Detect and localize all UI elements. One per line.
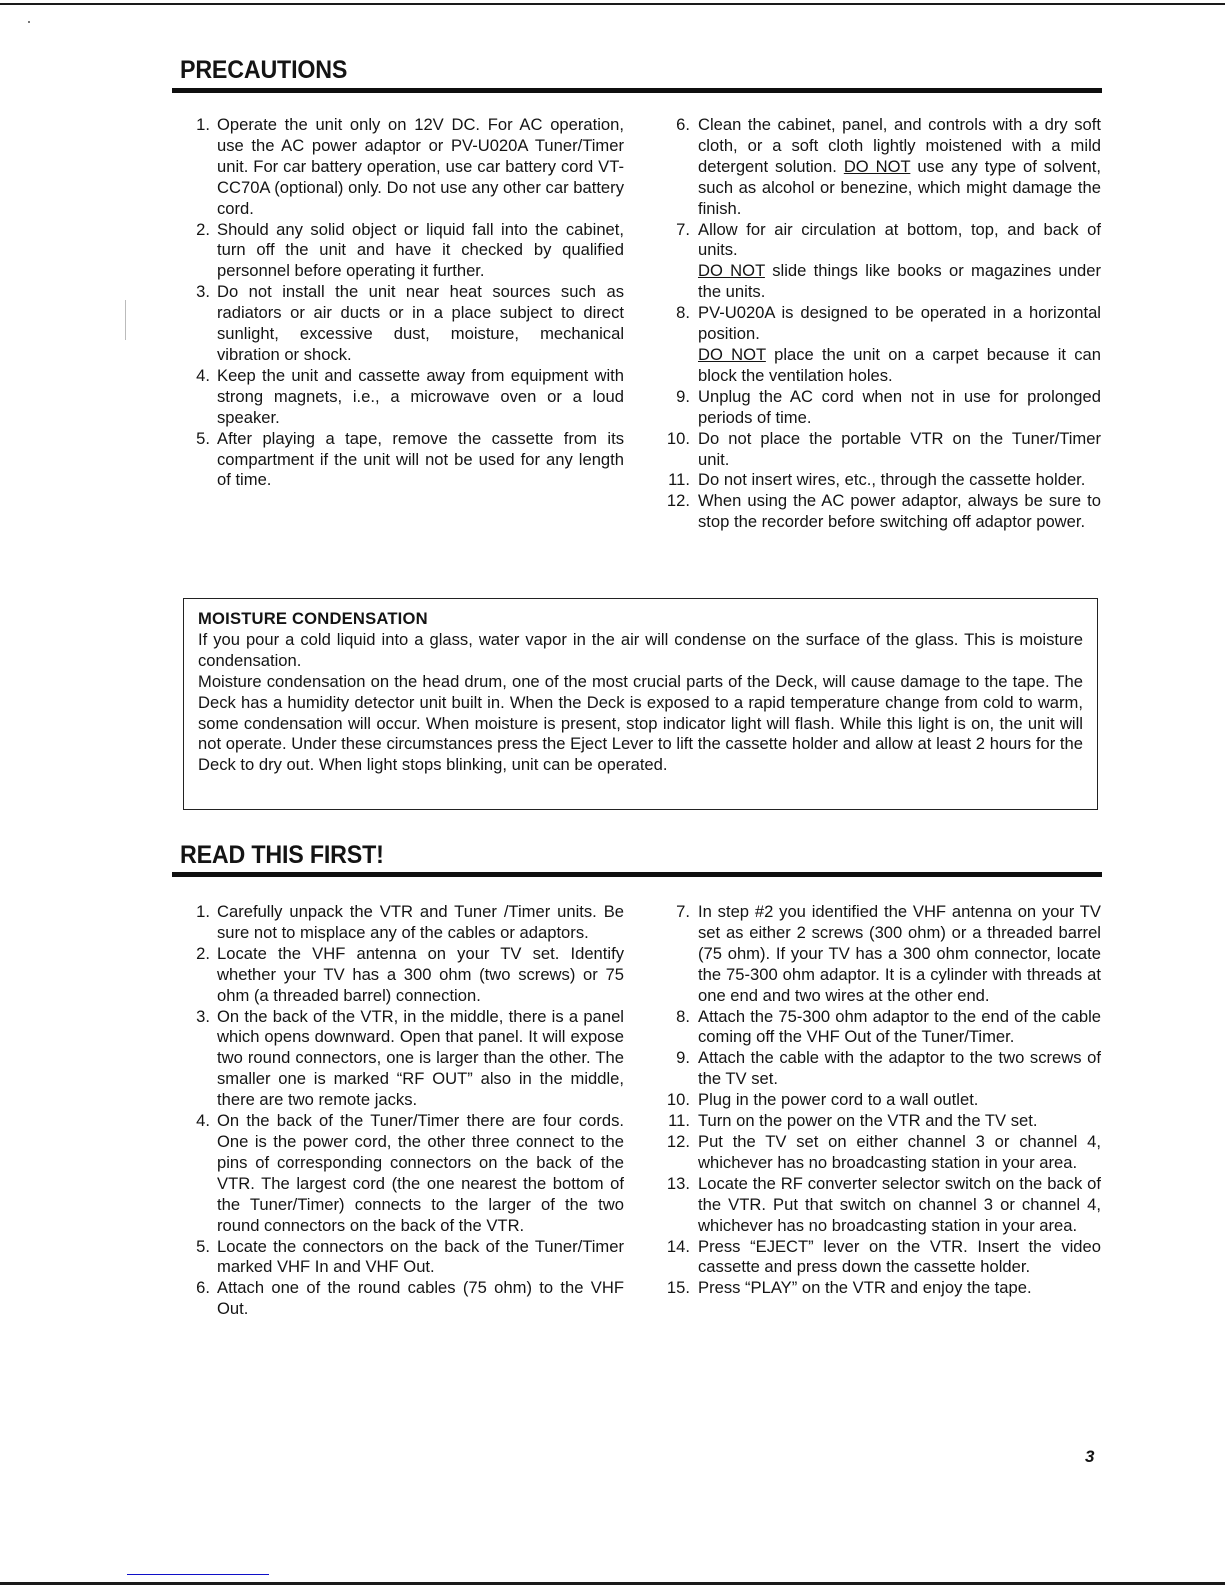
page-number: 3	[1085, 1447, 1094, 1467]
scan-speck	[28, 21, 30, 23]
do-not-emphasis: DO NOT	[698, 261, 765, 280]
moisture-heading: MOISTURE CONDENSATION	[198, 609, 1083, 630]
step-item: 5.Locate the connectors on the back of t…	[180, 1237, 624, 1279]
precaution-item: 6.Clean the cabinet, panel, and controls…	[660, 115, 1101, 220]
precaution-item: 2.Should any solid object or liquid fall…	[180, 220, 624, 283]
moisture-condensation-box: MOISTURE CONDENSATION If you pour a cold…	[183, 598, 1098, 810]
moisture-paragraph-1: If you pour a cold liquid into a glass, …	[198, 630, 1083, 672]
do-not-emphasis: DO NOT	[698, 345, 766, 364]
step-item: 4.On the back of the Tuner/Timer there a…	[180, 1111, 624, 1236]
precaution-item: 5.After playing a tape, remove the casse…	[180, 429, 624, 492]
scan-speck	[125, 300, 126, 340]
link-underline	[127, 1574, 269, 1575]
step-item: 13.Locate the RF converter selector swit…	[660, 1174, 1101, 1237]
do-not-emphasis: DO NOT	[844, 157, 911, 176]
precaution-item: 8.PV-U020A is designed to be operated in…	[660, 303, 1101, 387]
precautions-right-column: 6.Clean the cabinet, panel, and controls…	[660, 115, 1101, 533]
read-first-rule	[172, 872, 1102, 877]
precautions-rule	[172, 88, 1102, 93]
step-item: 10.Plug in the power cord to a wall outl…	[660, 1090, 1101, 1111]
precaution-item: 3.Do not install the unit near heat sour…	[180, 282, 624, 366]
step-item: 14.Press “EJECT” lever on the VTR. Inser…	[660, 1237, 1101, 1279]
step-item: 2.Locate the VHF antenna on your TV set.…	[180, 944, 624, 1007]
precaution-item: 10.Do not place the portable VTR on the …	[660, 429, 1101, 471]
step-item: 6.Attach one of the round cables (75 ohm…	[180, 1278, 624, 1320]
step-item: 15.Press “PLAY” on the VTR and enjoy the…	[660, 1278, 1101, 1299]
step-item: 1.Carefully unpack the VTR and Tuner /Ti…	[180, 902, 624, 944]
read-first-right-column: 7.In step #2 you identified the VHF ante…	[660, 902, 1101, 1299]
precautions-heading: PRECAUTIONS	[180, 56, 347, 85]
precaution-item: 9.Unplug the AC cord when not in use for…	[660, 387, 1101, 429]
precautions-left-column: 1.Operate the unit only on 12V DC. For A…	[180, 115, 624, 491]
step-item: 9.Attach the cable with the adaptor to t…	[660, 1048, 1101, 1090]
precaution-item: 7.Allow for air circulation at bottom, t…	[660, 220, 1101, 304]
step-item: 7.In step #2 you identified the VHF ante…	[660, 902, 1101, 1007]
precaution-item: 11.Do not insert wires, etc., through th…	[660, 470, 1101, 491]
precaution-item: 4.Keep the unit and cassette away from e…	[180, 366, 624, 429]
step-item: 11.Turn on the power on the VTR and the …	[660, 1111, 1101, 1132]
read-first-left-column: 1.Carefully unpack the VTR and Tuner /Ti…	[180, 902, 624, 1320]
read-first-heading: READ THIS FIRST!	[180, 841, 384, 870]
precaution-item: 1.Operate the unit only on 12V DC. For A…	[180, 115, 624, 220]
scan-edge-top	[0, 3, 1225, 5]
precaution-item: 12.When using the AC power adaptor, alwa…	[660, 491, 1101, 533]
step-item: 12.Put the TV set on either channel 3 or…	[660, 1132, 1101, 1174]
step-item: 3.On the back of the VTR, in the middle,…	[180, 1007, 624, 1112]
step-item: 8.Attach the 75-300 ohm adaptor to the e…	[660, 1007, 1101, 1049]
moisture-paragraph-2: Moisture condensation on the head drum, …	[198, 672, 1083, 777]
